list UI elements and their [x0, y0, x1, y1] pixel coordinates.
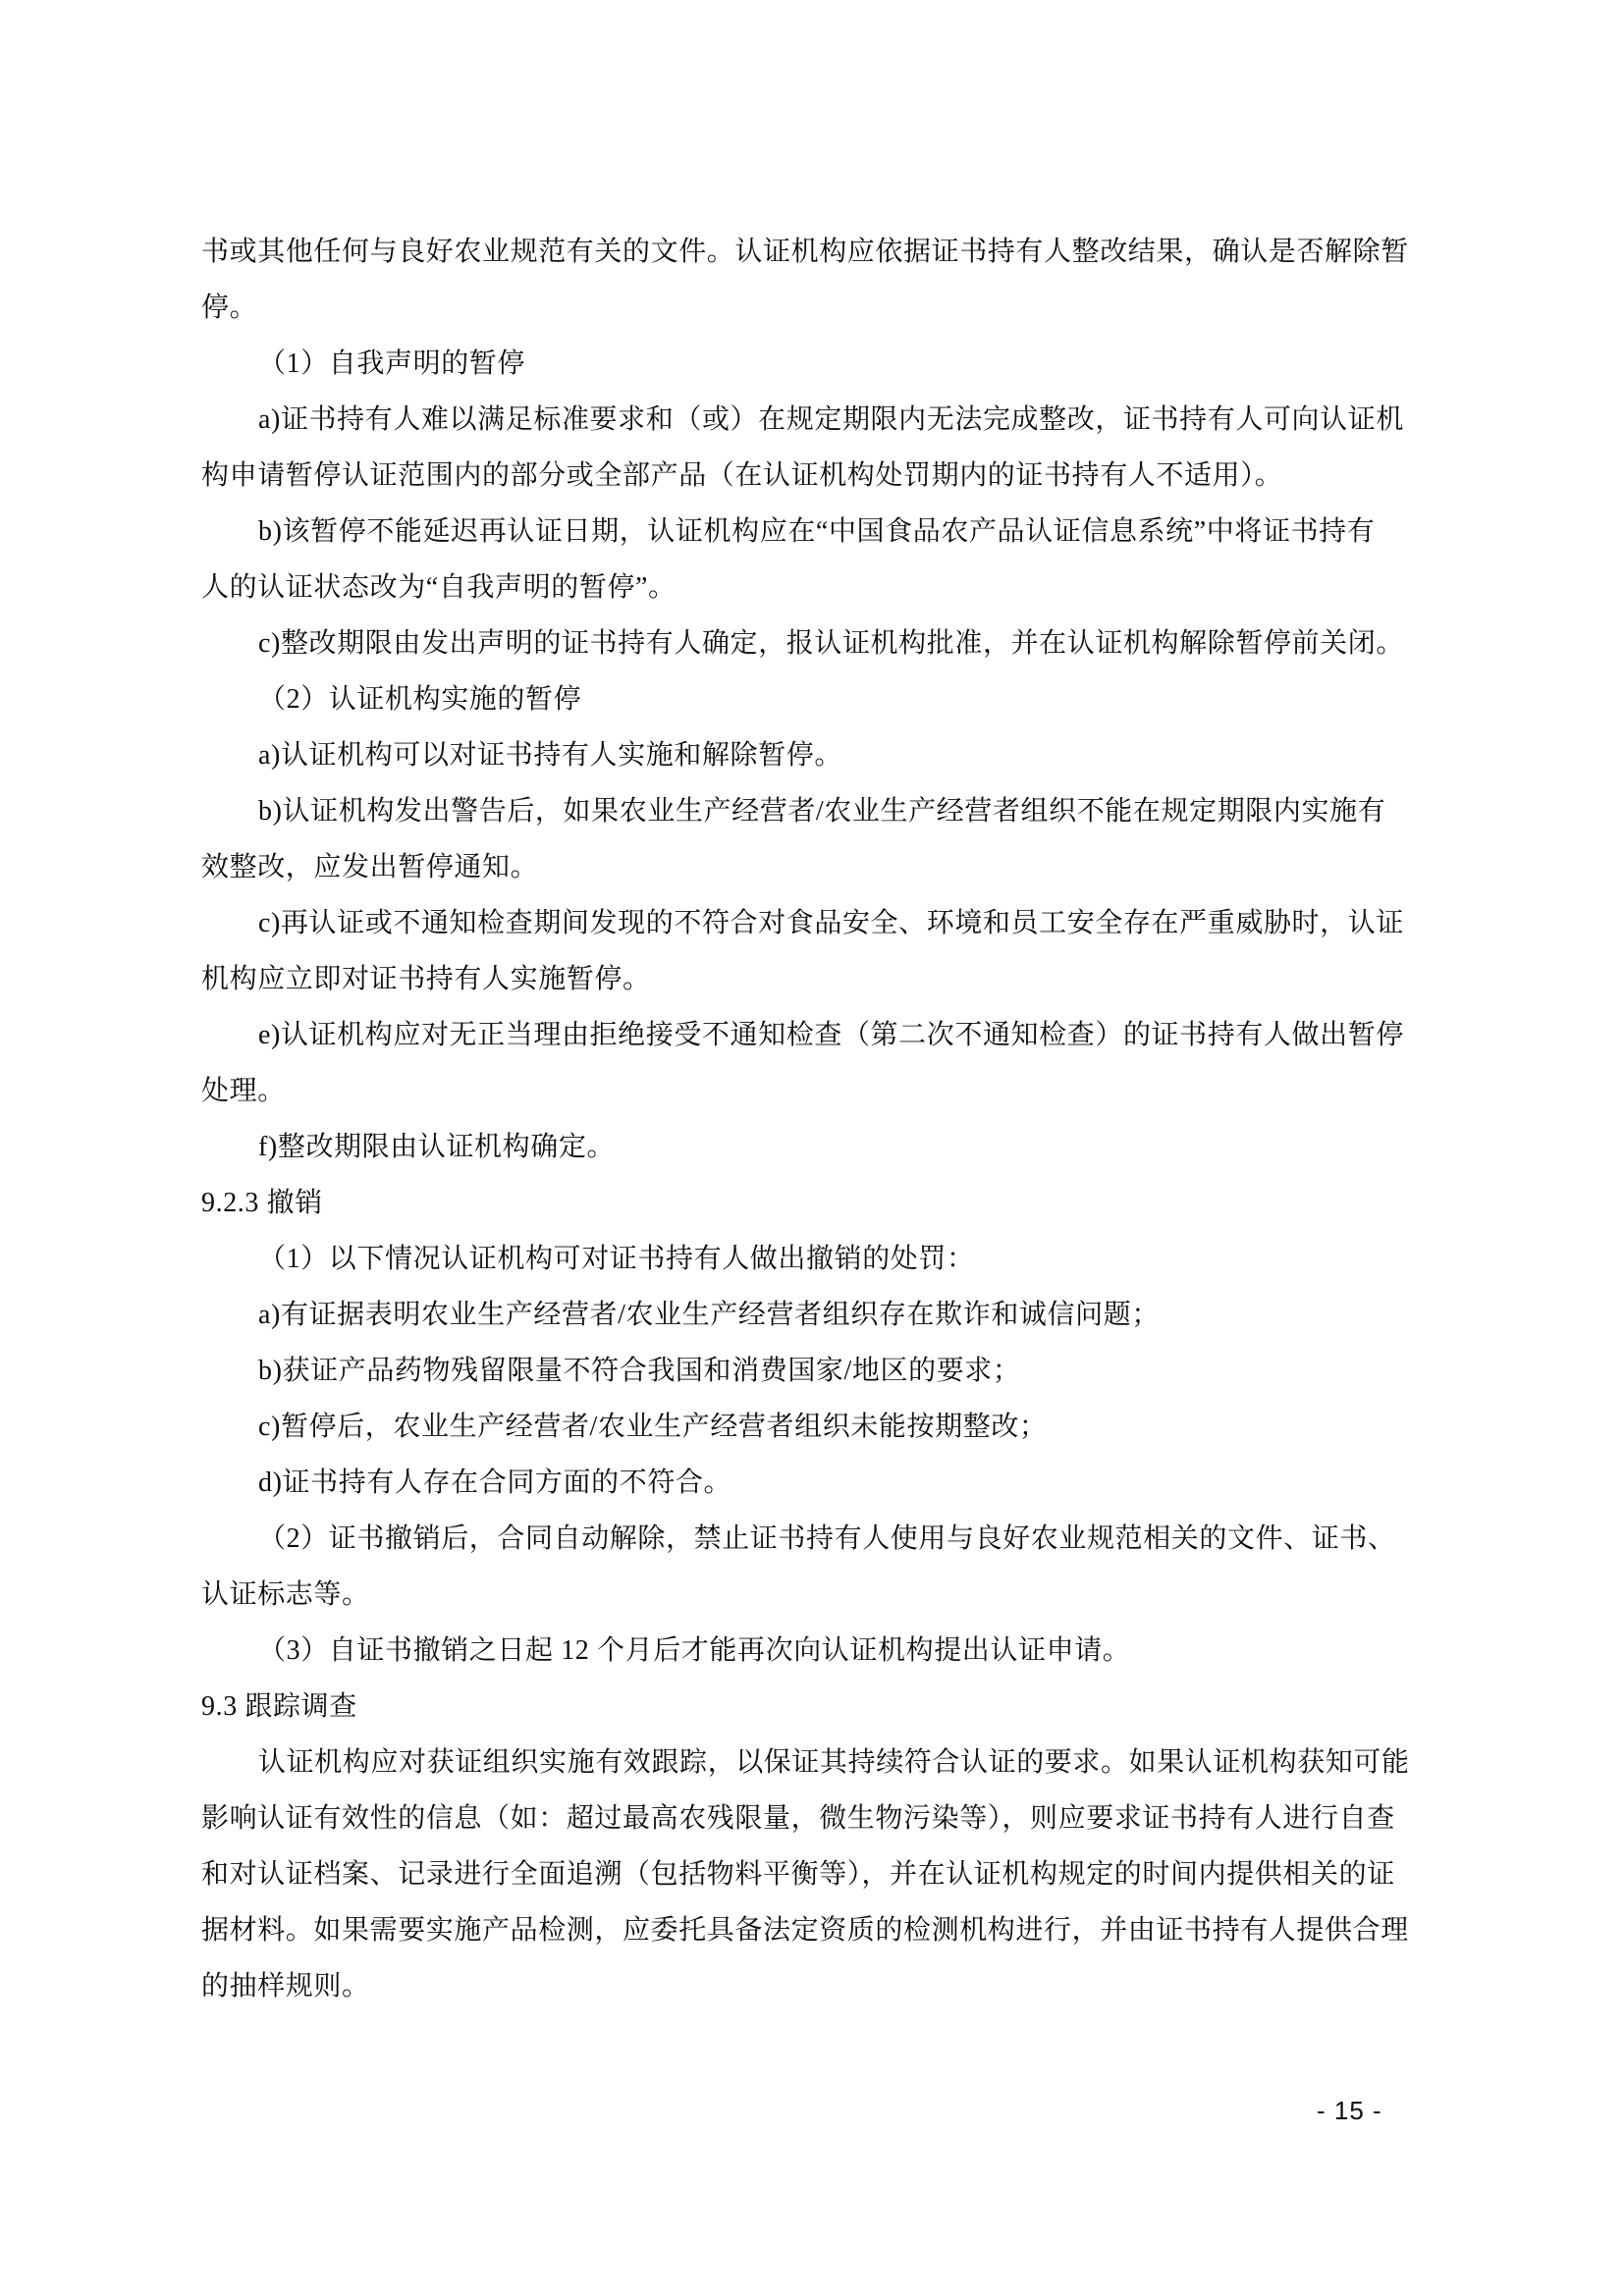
text-line: 的抽样规则。: [201, 1958, 1448, 2014]
page-number: - 15 -: [1317, 2091, 1382, 2130]
document-body: 书或其他任何与良好农业规范有关的文件。认证机构应依据证书持有人整改结果，确认是否…: [201, 224, 1448, 2014]
text-line: c)整改期限由发出声明的证书持有人确定，报认证机构批准，并在认证机构解除暂停前关…: [201, 615, 1448, 671]
text-line: 停。: [201, 280, 1448, 336]
text-line: e)认证机构应对无正当理由拒绝接受不通知检查（第二次不通知检查）的证书持有人做出…: [201, 1007, 1448, 1063]
text-line: 和对认证档案、记录进行全面追溯（包括物料平衡等），并在认证机构规定的时间内提供相…: [201, 1846, 1448, 1902]
text-line: 认证机构应对获证组织实施有效跟踪，以保证其持续符合认证的要求。如果认证机构获知可…: [201, 1735, 1448, 1790]
text-line: b)认证机构发出警告后，如果农业生产经营者/农业生产经营者组织不能在规定期限内实…: [201, 783, 1448, 839]
text-line: 书或其他任何与良好农业规范有关的文件。认证机构应依据证书持有人整改结果，确认是否…: [201, 224, 1448, 280]
text-line: （1）自我声明的暂停: [201, 336, 1448, 392]
text-line: 效整改，应发出暂停通知。: [201, 839, 1448, 895]
text-line: f)整改期限由认证机构确定。: [201, 1119, 1448, 1175]
text-line: （1）以下情况认证机构可对证书持有人做出撤销的处罚：: [201, 1231, 1448, 1287]
text-line: a)证书持有人难以满足标准要求和（或）在规定期限内无法完成整改，证书持有人可向认…: [201, 392, 1448, 448]
text-line: b)该暂停不能延迟再认证日期，认证机构应在“中国食品农产品认证信息系统”中将证书…: [201, 504, 1448, 560]
text-line: （3）自证书撤销之日起 12 个月后才能再次向认证机构提出认证申请。: [201, 1623, 1448, 1679]
text-line: b)获证产品药物残留限量不符合我国和消费国家/地区的要求；: [201, 1343, 1448, 1399]
text-line: 处理。: [201, 1063, 1448, 1119]
text-line: 构申请暂停认证范围内的部分或全部产品（在认证机构处罚期内的证书持有人不适用）。: [201, 448, 1448, 504]
text-line: 人的认证状态改为“自我声明的暂停”。: [201, 560, 1448, 615]
text-line: a)有证据表明农业生产经营者/农业生产经营者组织存在欺诈和诚信问题；: [201, 1287, 1448, 1343]
text-line: 据材料。如果需要实施产品检测，应委托具备法定资质的检测机构进行，并由证书持有人提…: [201, 1902, 1448, 1958]
section-heading: 9.3 跟踪调查: [201, 1679, 1448, 1735]
text-line: 认证标志等。: [201, 1567, 1448, 1623]
text-line: c)再认证或不通知检查期间发现的不符合对食品安全、环境和员工安全存在严重威胁时，…: [201, 895, 1448, 951]
text-line: c)暂停后，农业生产经营者/农业生产经营者组织未能按期整改；: [201, 1399, 1448, 1455]
document-page: 书或其他任何与良好农业规范有关的文件。认证机构应依据证书持有人整改结果，确认是否…: [0, 0, 1624, 2296]
text-line: （2）证书撤销后，合同自动解除，禁止证书持有人使用与良好农业规范相关的文件、证书…: [201, 1511, 1448, 1567]
text-line: d)证书持有人存在合同方面的不符合。: [201, 1455, 1448, 1511]
section-heading: 9.2.3 撤销: [201, 1175, 1448, 1231]
text-line: 影响认证有效性的信息（如：超过最高农残限量，微生物污染等），则应要求证书持有人进…: [201, 1790, 1448, 1846]
text-line: （2）认证机构实施的暂停: [201, 671, 1448, 727]
text-line: 机构应立即对证书持有人实施暂停。: [201, 951, 1448, 1007]
text-line: a)认证机构可以对证书持有人实施和解除暂停。: [201, 727, 1448, 783]
